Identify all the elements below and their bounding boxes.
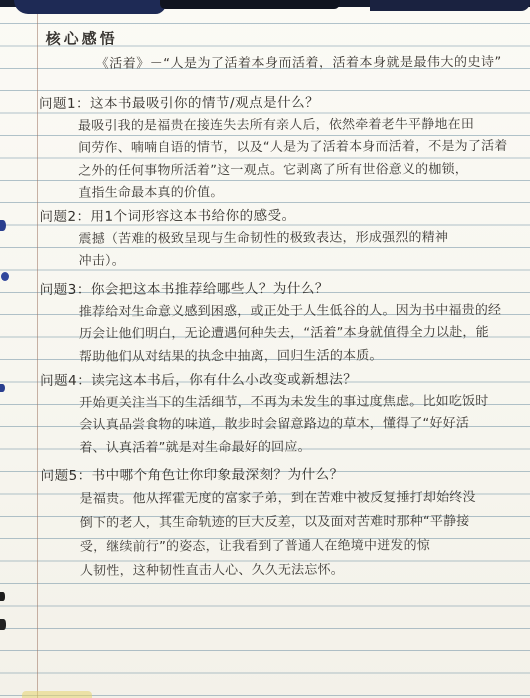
answer-line: 最吸引我的是福贵在接连失去所有亲人后，依然牵着老牛平静地在田 <box>78 113 525 137</box>
answer-line: 间劳作、喃喃自语的情节，以及“人是为了活着本身而活着，不是为了活着 <box>78 136 525 160</box>
answer-line: 冲击）。 <box>79 249 526 273</box>
answer-3: 推荐给对生命意义感到困惑，或正处于人生低谷的人。因为书中福贵的经 历会让他们明白… <box>79 299 526 368</box>
question-block-4: 问题4：读完这本书后，你有什么小改变或新想法？ 开始更关注当下的生活细节，不再为… <box>0 368 526 460</box>
answer-4: 开始更关注当下的生活细节，不再为未发生的事过度焦虑。比如吃饭时 会认真品尝食物的… <box>79 390 526 459</box>
question-block-2: 问题2：用1个词形容这本书给你的感受。 震撼（苦难的极致呈现与生命韧性的极致表达… <box>0 204 526 274</box>
question-1: 问题1：这本书最吸引你的情节/观点是什么？ <box>39 91 525 116</box>
handwritten-notes: 核心感悟 《活着》－“人是为了活着本身而活着，活着本身就是最伟大的史诗” 问题1… <box>0 0 530 698</box>
answer-line: 会认真品尝食物的味道，散步时会留意路边的草木，懂得了“好好活 <box>79 413 526 437</box>
answer-5: 是福贵。他从挥霍无度的富家子弟，到在苦难中被反复捶打却始终没 倒下的老人，其生命… <box>80 485 527 583</box>
answer-line: 历会让他们明白，无论遭遇何种失去，“活着”本身就值得全力以赴，能 <box>79 322 526 346</box>
answer-line: 是福贵。他从挥霍无度的富家子弟，到在苦难中被反复捶打却始终没 <box>80 485 527 511</box>
answer-line: 倒下的老人，其生命轨迹的巨大反差，以及面对苦难时那种“平静接 <box>80 509 527 535</box>
answer-line: 推荐给对生命意义感到困惑，或正处于人生低谷的人。因为书中福贵的经 <box>79 299 526 323</box>
question-block-3: 问题3：你会把这本书推荐给哪些人？为什么？ 推荐给对生命意义感到困惑，或正处于人… <box>0 277 526 369</box>
answer-line: 之外的任何事物所活着”这一观点。它剥离了所有世俗意义的枷锁， <box>78 158 525 182</box>
answer-line: 受，继续前行”的姿态，让我看到了普通人在绝境中迸发的惊 <box>80 533 527 559</box>
answer-1: 最吸引我的是福贵在接连失去所有亲人后，依然牵着老牛平静地在田 间劳作、喃喃自语的… <box>78 113 525 205</box>
answer-line: 人韧性，这种韧性直击人心、久久无法忘怀。 <box>80 557 527 583</box>
answer-line: 直指生命最本真的价值。 <box>78 181 525 205</box>
question-block-5: 问题5：书中哪个角色让你印象最深刻？为什么？ 是福贵。他从挥霍无度的富家子弟，到… <box>1 463 528 584</box>
question-5: 问题5：书中哪个角色让你印象最深刻？为什么？ <box>41 463 527 488</box>
answer-line: 着、认真活着”就是对生命最好的回应。 <box>79 435 526 459</box>
question-3: 问题3：你会把这本书推荐给哪些人？为什么？ <box>40 277 526 302</box>
question-block-1: 问题1：这本书最吸引你的情节/观点是什么？ 最吸引我的是福贵在接连失去所有亲人后… <box>0 91 525 206</box>
answer-line: 震撼（苦难的极致呈现与生命韧性的极致表达，形成强烈的精神 <box>78 226 525 250</box>
answer-line: 帮助他们从对结果的执念中抽离，回归生活的本质。 <box>79 344 526 368</box>
question-2: 问题2：用1个词形容这本书给你的感受。 <box>39 204 525 229</box>
book-quote-subtitle: 《活着》－“人是为了活着本身而活着，活着本身就是最伟大的史诗” <box>96 51 502 72</box>
question-4: 问题4：读完这本书后，你有什么小改变或新想法？ <box>40 368 526 393</box>
page-title: 核心感悟 <box>46 28 118 49</box>
answer-2: 震撼（苦难的极致呈现与生命韧性的极致表达，形成强烈的精神 冲击）。 <box>78 226 525 273</box>
answer-line: 开始更关注当下的生活细节，不再为未发生的事过度焦虑。比如吃饭时 <box>79 390 526 414</box>
